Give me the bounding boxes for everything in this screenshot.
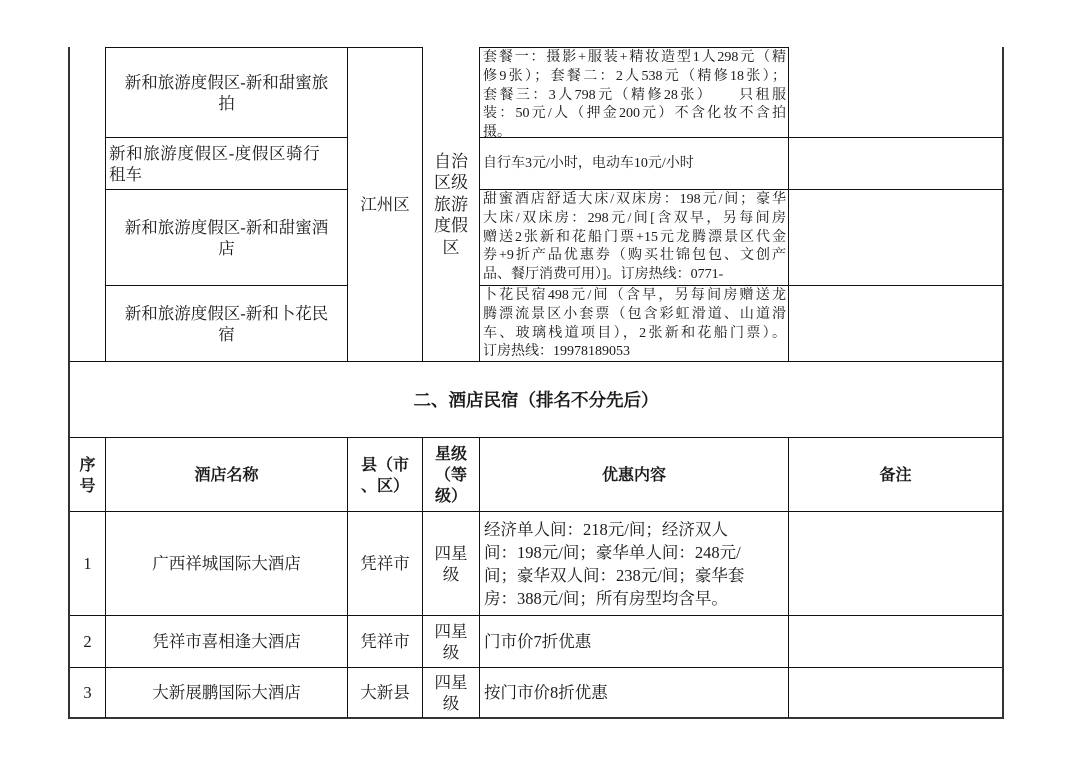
header-text: 优惠内容 (602, 464, 666, 485)
offer-line: 房：388元/间；所有房型均含早。 (484, 587, 786, 610)
offer-line: 修9张）；套餐二：2人538元（精修18张）； (483, 68, 786, 87)
grid-line (1002, 47, 1004, 719)
county-cell: 大新县 (348, 668, 422, 717)
index-cell-merged (69, 47, 105, 361)
remark-cell (789, 48, 1002, 137)
offer-detail-cell: 卜花民宿498元/间（含早，另每间房赠送龙 腾漂流景区小套票（包含彩虹滑道、山道… (480, 286, 788, 361)
index-text: 3 (83, 682, 91, 703)
offer-line: 车、玻璃栈道项目），2张新和花船门票）。 (483, 325, 786, 344)
attraction-name-line: 新和旅游度假区-新和卜花民 (125, 303, 329, 324)
column-header-offer: 优惠内容 (480, 438, 788, 511)
star-line: 四星 (435, 672, 468, 693)
attraction-name-cell: 新和旅游度假区-新和甜蜜酒 店 (106, 190, 347, 285)
star-level-cell: 四星 级 (423, 512, 479, 615)
hotel-name-text: 大新展鹏国际大酒店 (152, 682, 301, 703)
category-cell: 自治 区级 旅游 度假 区 (423, 48, 479, 361)
column-header-county: 县（市 、区） (348, 438, 422, 511)
remark-cell (789, 286, 1002, 361)
district-cell: 江州区 (348, 48, 422, 361)
index-text: 1 (83, 553, 91, 574)
county-cell: 凭祥市 (348, 616, 422, 667)
star-line: 级 (443, 642, 460, 663)
offer-line: 自行车3元/小时，电动车10元/小时 (483, 155, 786, 174)
category-line: 自治 (434, 151, 468, 173)
section-title: 二、酒店民宿（排名不分先后） (70, 362, 1002, 437)
header-text: 备注 (879, 464, 911, 485)
offer-line: 腾漂流景区小套票（包含彩虹滑道、山道滑 (483, 306, 786, 325)
offer-detail-cell: 套餐一：摄影+服装+精妆造型1人298元（精 修9张）；套餐二：2人538元（精… (480, 48, 788, 137)
header-line: 星级 (435, 443, 467, 464)
offer-line: 甜蜜酒店舒适大床/双床房：198元/间；豪华 (483, 191, 786, 210)
category-line: 区 (443, 237, 460, 259)
star-level-cell: 四星 级 (423, 668, 479, 717)
attraction-name-line: 店 (218, 238, 235, 259)
district-text: 江州区 (360, 194, 410, 215)
index-cell: 1 (70, 512, 105, 615)
remark-cell (789, 138, 1002, 189)
attraction-name-line: 新和旅游度假区-新和甜蜜酒 (125, 217, 329, 238)
offer-cell: 按门市价8折优惠 (480, 668, 788, 717)
offer-line: 套餐三：3人798元（精修28张） 只租服 (483, 87, 786, 106)
offer-detail-cell: 甜蜜酒店舒适大床/双床房：198元/间；豪华 大床/双床房：298元/间[含双早… (480, 190, 788, 285)
remark-cell (789, 190, 1002, 285)
offer-line: 经济单人间：218元/间；经济双人 (484, 518, 786, 541)
offer-line: 间：198元/间；豪华单人间：248元/ (484, 541, 786, 564)
offer-line: 订房热线：19978189053 (483, 343, 786, 361)
category-line: 旅游 (434, 194, 468, 216)
star-level-cell: 四星 级 (423, 616, 479, 667)
attraction-name-cell: 新和旅游度假区-新和卜花民 宿 (106, 286, 347, 361)
hotel-name-cell: 凭祥市喜相逢大酒店 (106, 616, 347, 667)
column-header-index: 序 号 (70, 438, 105, 511)
category-line: 区级 (434, 172, 468, 194)
index-text: 2 (83, 631, 91, 652)
offer-cell: 门市价7折优惠 (480, 616, 788, 667)
remark-cell (789, 668, 1002, 717)
attraction-name-line: 宿 (218, 324, 235, 345)
header-line: 县（市 (361, 454, 409, 475)
offer-line: 卜花民宿498元/间（含早，另每间房赠送龙 (483, 287, 786, 306)
offer-line: 摄。 (483, 124, 786, 137)
offer-line: 间；豪华双人间：238元/间；豪华套 (484, 564, 786, 587)
hotel-name-text: 凭祥市喜相逢大酒店 (152, 631, 301, 652)
hotel-name-text: 广西祥城国际大酒店 (152, 553, 301, 574)
header-line: 号 (79, 475, 95, 496)
county-cell: 凭祥市 (348, 512, 422, 615)
header-line: 序 (79, 454, 95, 475)
offer-detail-cell: 自行车3元/小时，电动车10元/小时 (480, 138, 788, 189)
attraction-name-line: 租车 (109, 164, 142, 185)
county-text: 凭祥市 (360, 553, 410, 574)
offer-line: 赠送2张新和花船门票+15元龙腾漂景区代金 (483, 229, 786, 248)
grid-line (69, 717, 1004, 719)
remark-cell (789, 512, 1002, 615)
star-line: 级 (443, 564, 460, 585)
hotel-name-cell: 大新展鹏国际大酒店 (106, 668, 347, 717)
offer-line: 大床/双床房：298元/间[含双早，另每间房 (483, 210, 786, 229)
star-line: 级 (443, 693, 460, 714)
column-header-hotel-name: 酒店名称 (106, 438, 347, 511)
offer-line: 门市价7折优惠 (484, 630, 786, 653)
attraction-name-line: 拍 (218, 93, 235, 114)
county-text: 凭祥市 (360, 631, 410, 652)
header-line: 、区） (361, 475, 409, 496)
category-line: 度假 (434, 215, 468, 237)
attraction-name-line: 新和旅游度假区-新和甜蜜旅 (125, 72, 329, 93)
column-header-star-level: 星级 （等 级） (423, 438, 479, 511)
header-line: 级） (435, 485, 467, 506)
hotel-name-cell: 广西祥城国际大酒店 (106, 512, 347, 615)
remark-cell (789, 616, 1002, 667)
offer-line: 按门市价8折优惠 (484, 681, 786, 704)
offer-cell: 经济单人间：218元/间；经济双人 间：198元/间；豪华单人间：248元/ 间… (480, 512, 788, 615)
header-line: （等 (435, 464, 467, 485)
star-line: 四星 (435, 543, 468, 564)
star-line: 四星 (435, 621, 468, 642)
attraction-name-line: 新和旅游度假区-度假区骑行 (109, 143, 320, 164)
offer-line: 装：50元/人（押金200元）不含化妆不含拍 (483, 105, 786, 124)
header-text: 酒店名称 (194, 464, 258, 485)
column-header-remark: 备注 (789, 438, 1002, 511)
county-text: 大新县 (360, 682, 410, 703)
attraction-name-cell: 新和旅游度假区-新和甜蜜旅 拍 (106, 48, 347, 137)
offer-line: 券+9折产品优惠券（购买壮锦包包、文创产 (483, 247, 786, 266)
attraction-name-cell: 新和旅游度假区-度假区骑行 租车 (106, 138, 347, 189)
index-cell: 2 (70, 616, 105, 667)
index-cell: 3 (70, 668, 105, 717)
offer-line: 品、餐厅消费可用）]。订房热线：0771- (483, 266, 786, 285)
section-title-text: 二、酒店民宿（排名不分先后） (414, 387, 659, 412)
offer-line: 套餐一：摄影+服装+精妆造型1人298元（精 (483, 49, 786, 68)
